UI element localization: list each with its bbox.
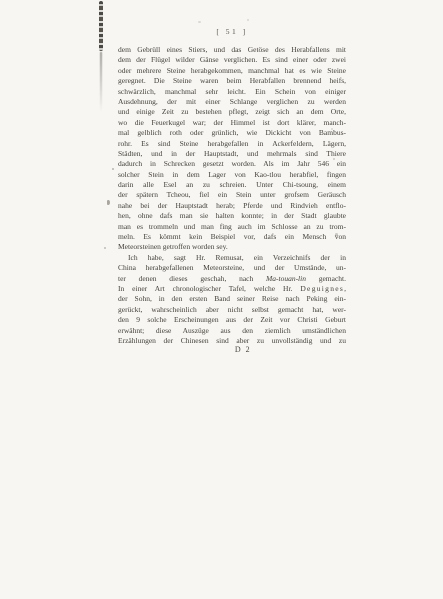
letterspaced-name: Deguignes <box>300 284 344 293</box>
italic-term: Ma-touan-lin <box>266 274 306 283</box>
text-segment: der spätern Tcheou, fiel ein Stein unter… <box>118 190 346 199</box>
text-segment: darin alle Esel an zu schreien. Unter Ch… <box>118 180 346 189</box>
page-number-header: [ 51 ] <box>118 27 346 36</box>
text-segment: mal gelblich roth oder grünlich, wie Dic… <box>118 128 346 137</box>
text-segment: dadurch in Schrecken gesetzt worden. Als… <box>118 159 346 168</box>
text-line: der Sohn, in den ersten Band seiner Reis… <box>118 294 346 304</box>
text-line: meln. Es kömmt kein Beispiel vor, dafs e… <box>118 232 346 242</box>
text-segment: und einige Zeit zu bestehen pflegt, zeig… <box>118 107 346 116</box>
text-line: nahe bei der Hauptstadt herab; Pferde un… <box>118 201 346 211</box>
text-line: der spätern Tcheou, fiel ein Stein unter… <box>118 190 346 200</box>
margin-speck-artifact <box>104 247 106 249</box>
text-segment: nahe bei der Hauptstadt herab; Pferde un… <box>118 201 346 210</box>
text-line: Ausdehnung, der mit einer Schlange vergl… <box>118 97 346 107</box>
margin-speck-artifact <box>247 19 249 21</box>
text-line: geregnet. Die Steine waren beim Herabfal… <box>118 76 346 86</box>
text-segment: dem der Flügel wilder Gänse verglichen. … <box>118 55 346 64</box>
text-segment: ter denen dieses geschah, nach <box>118 274 266 283</box>
text-line: In einer Art chronologischer Tafel, welc… <box>118 284 346 294</box>
text-line: oder mehrere Steine herabgekommen, manch… <box>118 66 346 76</box>
margin-speck-artifact <box>198 21 201 23</box>
text-segment: Ausdehnung, der mit einer Schlange vergl… <box>118 97 346 106</box>
text-line: gerückt, wahrscheinlich aber nicht selbs… <box>118 305 346 315</box>
margin-speck-artifact <box>335 233 338 236</box>
margin-speck-artifact <box>112 168 114 170</box>
text-line: Meteorsteinen getroffen worden sey. <box>118 242 346 252</box>
text-segment: solcher Stein in dem Lager von Kao-tlou … <box>118 170 346 179</box>
text-line: Städten, und in der Hauptstadt, und mehr… <box>118 149 346 159</box>
text-segment: oder mehrere Steine herabgekommen, manch… <box>118 66 346 75</box>
text-line: erwähnt; diese Auszüge aus den ziemlich … <box>118 326 346 336</box>
text-segment: meln. Es kömmt kein Beispiel vor, dafs e… <box>118 232 346 241</box>
text-segment: wo die Feuerkugel war; der Himmel ist do… <box>118 118 346 127</box>
text-segment: gerückt, wahrscheinlich aber nicht selbs… <box>118 305 346 314</box>
text-segment: Meteorsteinen getroffen worden sey. <box>118 242 228 251</box>
text-line: China herabgefallenen Meteorsteine, und … <box>118 263 346 273</box>
binding-streak-artifact <box>99 1 103 51</box>
text-segment: erwähnt; diese Auszüge aus den ziemlich … <box>118 326 346 335</box>
text-segment: dem Gebrüll eines Stiers, und das Getöse… <box>118 45 346 54</box>
text-line: Ich habe, sagt Hr. Remusat, ein Verzeich… <box>118 253 346 263</box>
text-segment: der Sohn, in den ersten Band seiner Reis… <box>118 294 346 303</box>
text-line: und einige Zeit zu bestehen pflegt, zeig… <box>118 107 346 117</box>
text-segment: hen, ohne dafs man sie halten konnte; in… <box>118 211 346 220</box>
text-segment: den 9 solche Erscheinungen aus der Zeit … <box>118 315 346 324</box>
text-segment: In einer Art chronologischer Tafel, welc… <box>118 284 300 293</box>
binding-streak-fade-artifact <box>100 52 102 112</box>
text-line: mal gelblich roth oder grünlich, wie Dic… <box>118 128 346 138</box>
margin-speck-artifact <box>107 200 110 205</box>
text-line: dadurch in Schrecken gesetzt worden. Als… <box>118 159 346 169</box>
text-segment: , <box>344 284 346 293</box>
text-segment: China herabgefallenen Meteorsteine, und … <box>118 263 346 272</box>
text-line: schwärzlich, manchmal sehr leicht. Ein S… <box>118 87 346 97</box>
text-line: wo die Feuerkugel war; der Himmel ist do… <box>118 118 346 128</box>
text-line: ter denen dieses geschah, nach Ma-touan-… <box>118 274 346 284</box>
text-segment: gemacht. <box>306 274 346 283</box>
text-line: den 9 solche Erscheinungen aus der Zeit … <box>118 315 346 325</box>
text-line: darin alle Esel an zu schreien. Unter Ch… <box>118 180 346 190</box>
text-segment: rohr. Es sind Steine herabgefallen in Ac… <box>118 139 346 148</box>
text-line: man es trommeln und man fing auch im Sch… <box>118 222 346 232</box>
text-segment: geregnet. Die Steine waren beim Herabfal… <box>118 76 346 85</box>
scanned-book-page: [ 51 ] dem Gebrüll eines Stiers, und das… <box>0 0 443 599</box>
margin-speck-artifact <box>331 128 333 130</box>
text-line: dem der Flügel wilder Gänse verglichen. … <box>118 55 346 65</box>
text-line: hen, ohne dafs man sie halten konnte; in… <box>118 211 346 221</box>
text-segment: man es trommeln und man fing auch im Sch… <box>118 222 346 231</box>
text-segment: Ich habe, sagt Hr. Remusat, ein Verzeich… <box>128 253 346 262</box>
body-text-block: dem Gebrüll eines Stiers, und das Getöse… <box>118 45 346 346</box>
text-segment: Erzählungen der Chinesen sind aber zu un… <box>118 336 346 345</box>
margin-speck-artifact <box>333 158 335 160</box>
text-segment: schwärzlich, manchmal sehr leicht. Ein S… <box>118 87 346 96</box>
signature-mark: D 2 <box>118 345 346 354</box>
text-segment: Städten, und in der Hauptstadt, und mehr… <box>118 149 346 158</box>
text-line: rohr. Es sind Steine herabgefallen in Ac… <box>118 139 346 149</box>
text-line: solcher Stein in dem Lager von Kao-tlou … <box>118 170 346 180</box>
text-line: dem Gebrüll eines Stiers, und das Getöse… <box>118 45 346 55</box>
